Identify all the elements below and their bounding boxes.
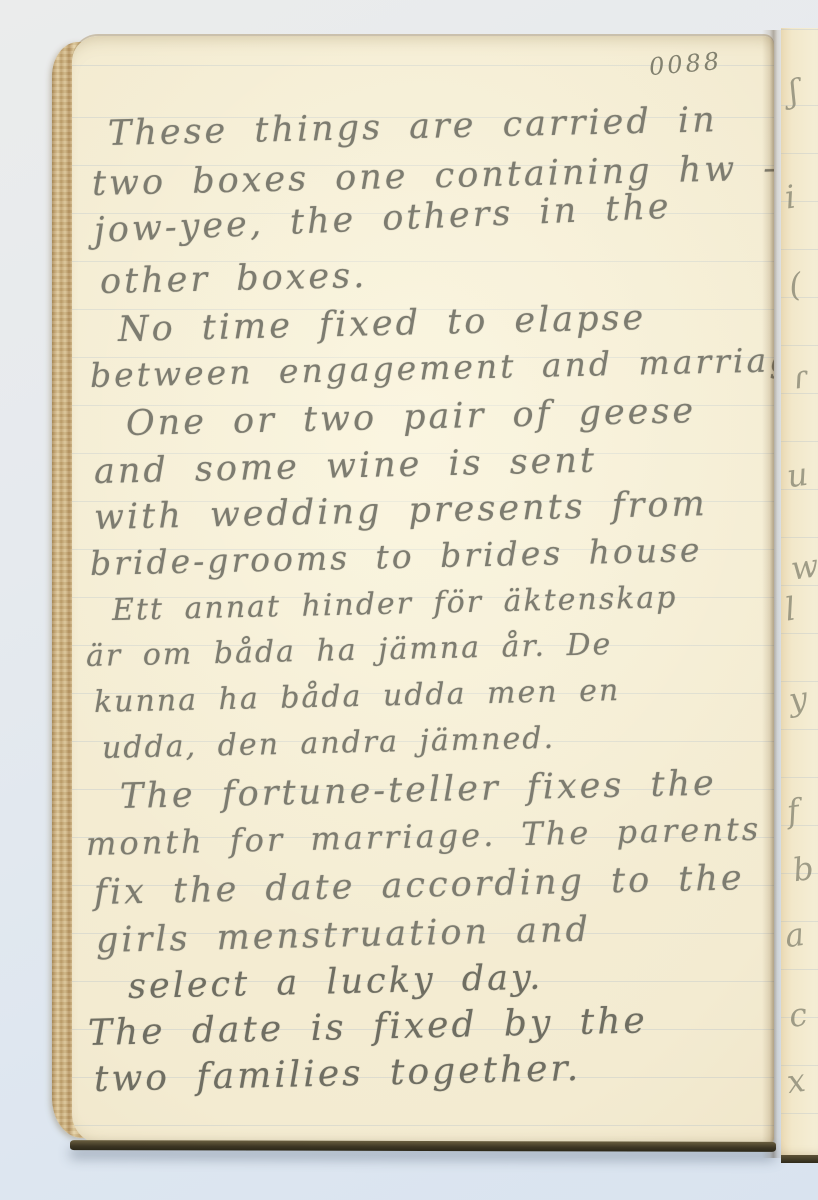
- handwriting-fragment: l: [782, 589, 797, 628]
- handwriting-fragment: c: [786, 995, 809, 1035]
- handwriting-fragment: ʃ: [786, 72, 800, 111]
- handwritten-line: two families together.: [94, 1048, 582, 1100]
- handwritten-line: Ett annat hinder för äktenskap: [112, 580, 678, 628]
- right-page-bottom-edge: [781, 1155, 818, 1163]
- scanned-notebook-photo: 0088 These things are carried in two box…: [0, 0, 818, 1200]
- handwriting-fragment: y: [786, 679, 809, 719]
- handwritten-line: month for marriage. The parents: [86, 810, 762, 863]
- handwriting-fragment: i: [782, 177, 797, 216]
- handwritten-line: bride-grooms to brides house: [90, 530, 703, 583]
- handwritten-line: select a lucky day.: [128, 958, 544, 1007]
- handwritten-text-block: These things are carried in two boxes on…: [86, 36, 774, 1144]
- handwritten-line: with wedding presents from: [94, 484, 709, 538]
- handwritten-line: udda, den andra jämned.: [102, 721, 556, 766]
- handwriting-fragment: u: [784, 455, 810, 495]
- notebook-left-page: 0088 These things are carried in two box…: [72, 36, 774, 1144]
- handwriting-fragment: w: [788, 546, 818, 587]
- handwritten-line: kunna ha båda udda men en: [94, 673, 621, 720]
- handwriting-fragment: f: [784, 791, 801, 830]
- handwritten-line: fix the date according to the: [94, 858, 746, 913]
- handwriting-fragment: (: [786, 265, 804, 304]
- notebook-right-page-edge: ʃ i ( ɾ u w l y f b a c x: [781, 28, 818, 1160]
- handwriting-fragment: a: [782, 915, 806, 955]
- handwritten-line: and some wine is sent: [94, 441, 598, 492]
- handwritten-line: other boxes.: [100, 256, 368, 302]
- handwriting-fragment: b: [790, 849, 816, 889]
- book-bottom-board-edge: [70, 1140, 776, 1152]
- handwritten-line: The date is fixed by the: [88, 1000, 649, 1054]
- handwritten-line: No time fixed to elapse: [118, 298, 647, 350]
- handwritten-line: These things are carried in: [108, 100, 719, 154]
- handwritten-line: two boxes one containing hw —: [92, 148, 774, 204]
- handwriting-fragment: x: [784, 1061, 807, 1101]
- handwritten-line: The fortune-teller fixes the: [120, 763, 718, 817]
- handwriting-fragment: ɾ: [790, 357, 810, 397]
- handwritten-line: är om båda ha jämna år. De: [86, 627, 613, 674]
- handwritten-line: One or two pair of geese: [126, 391, 697, 444]
- handwritten-line: girls menstruation and: [96, 910, 592, 961]
